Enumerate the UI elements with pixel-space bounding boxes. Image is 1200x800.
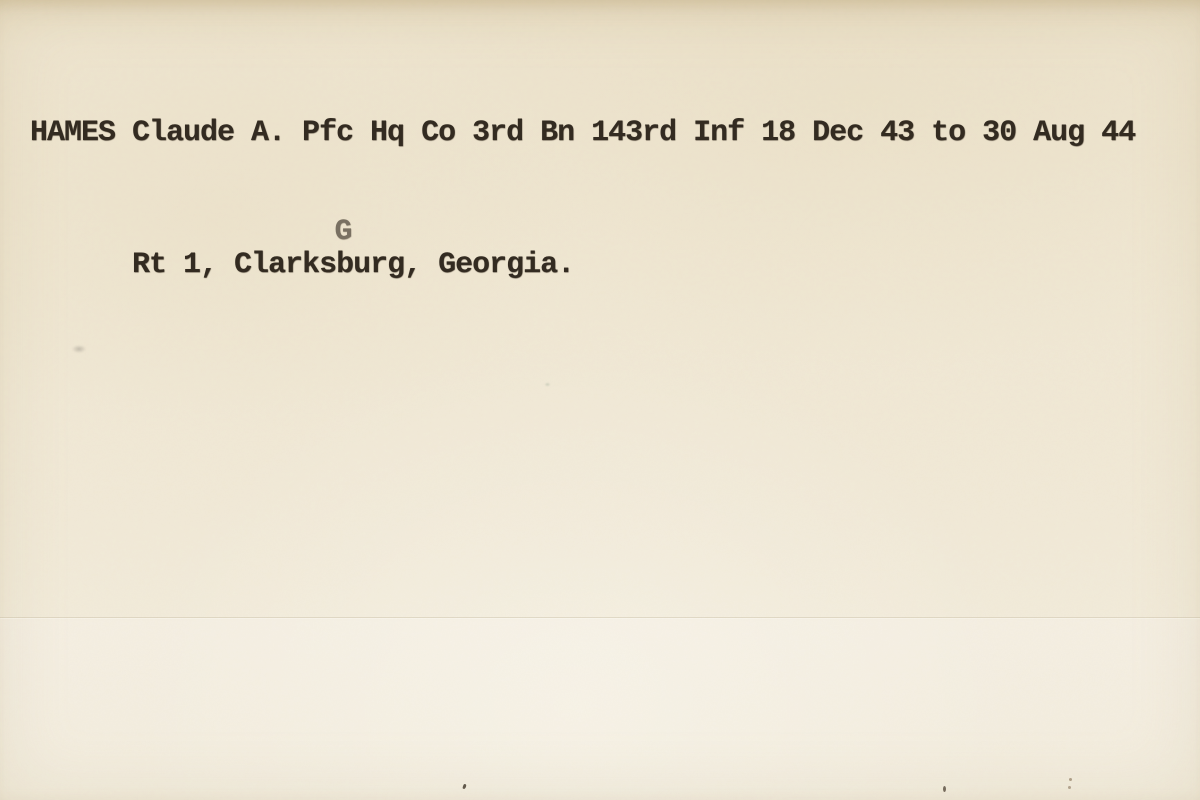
- paper-speck: [1069, 778, 1072, 781]
- typed-line-address-text: Rt 1, Clarksburg, Georgia.: [132, 248, 574, 282]
- index-card: HAMES Claude A. Pfc Hq Co 3rd Bn 143rd I…: [0, 0, 1200, 800]
- typewritten-text: HAMES Claude A. Pfc Hq Co 3rd Bn 143rd I…: [30, 51, 1135, 414]
- overstrike-glyph: G: [335, 216, 352, 249]
- typed-line-address: Rt 1, Clarksburg, Georgia. G: [30, 216, 1135, 348]
- crease-line: [0, 617, 1200, 618]
- paper-speck: [462, 784, 466, 790]
- paper-speck: [544, 382, 551, 387]
- typed-line-service-record: HAMES Claude A. Pfc Hq Co 3rd Bn 143rd I…: [30, 117, 1135, 150]
- paper-smudge: [70, 344, 88, 354]
- paper-speck: [1068, 786, 1071, 789]
- paper-speck: [943, 786, 946, 792]
